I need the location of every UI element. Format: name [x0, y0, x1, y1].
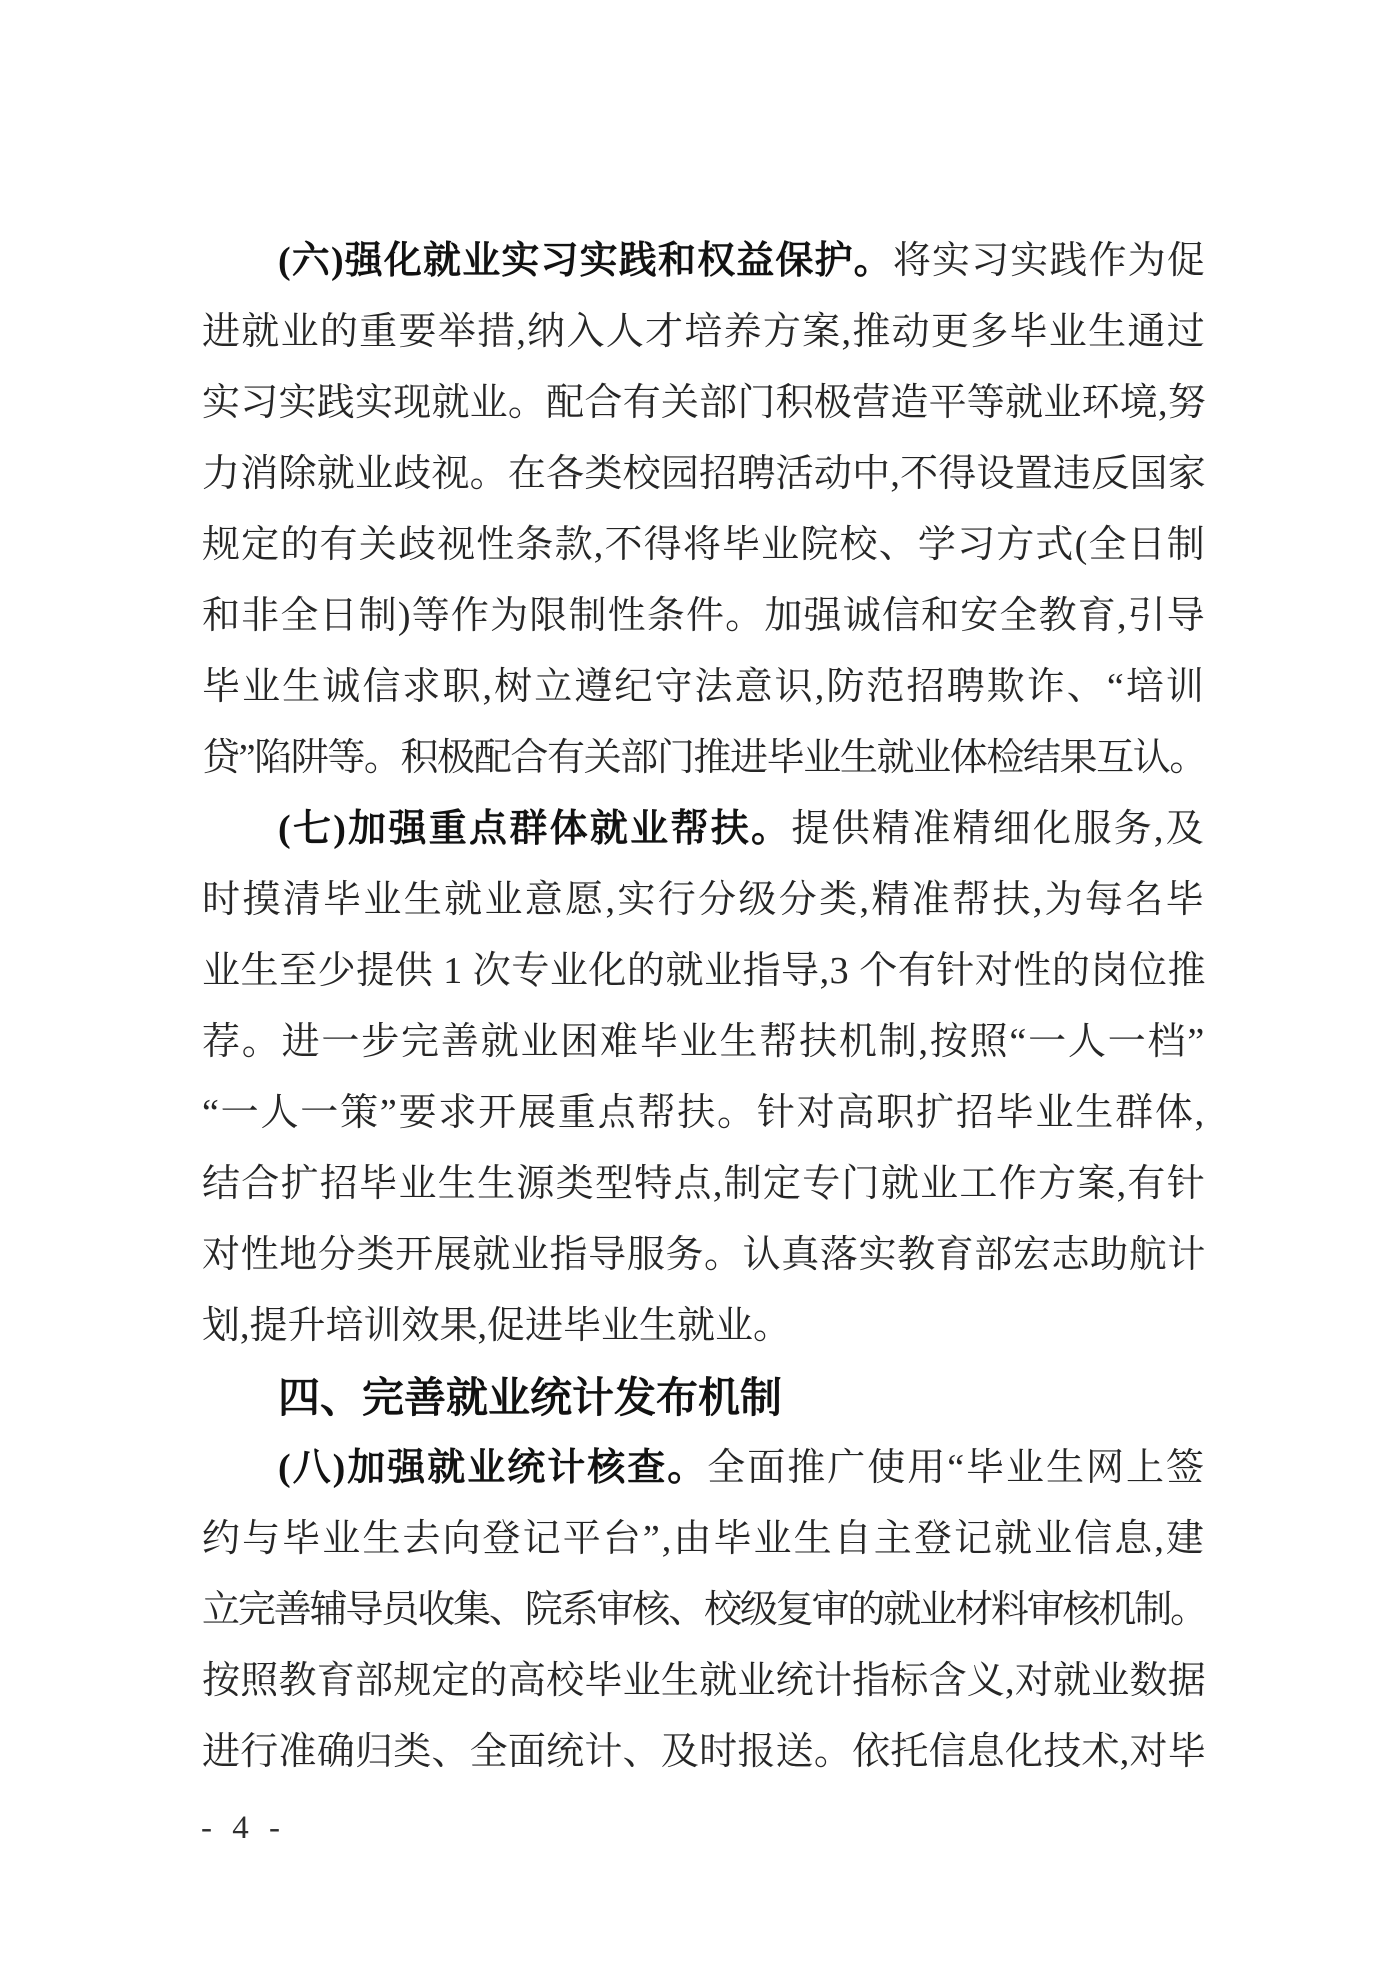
body-text: 规定的有关歧视性条款,不得将毕业院校、学习方式(全日制: [202, 524, 1206, 566]
line-text: “一人一策”要求开展重点帮扶。针对高职扩招毕业生群体,: [202, 1092, 1206, 1134]
document-line: 划,提升培训效果,促进毕业生就业。: [202, 1291, 1206, 1362]
line-text: 进就业的重要举措,纳入人才培养方案,推动更多毕业生通过: [202, 311, 1206, 353]
line-text: 规定的有关歧视性条款,不得将毕业院校、学习方式(全日制: [202, 524, 1206, 566]
lead-in-text: (六)强化就业实习实践和权益保护。: [278, 240, 893, 282]
body-text: 实习实践实现就业。配合有关部门积极营造平等就业环境,努: [202, 382, 1206, 424]
line-text: 和非全日制)等作为限制性条件。加强诚信和安全教育,引导: [202, 595, 1206, 637]
line-text: 时摸清毕业生就业意愿,实行分级分类,精准帮扶,为每名毕: [202, 879, 1206, 921]
line-text: 贷”陷阱等。积极配合有关部门推进毕业生就业体检结果互认。: [202, 737, 1206, 779]
body-text: “一人一策”要求开展重点帮扶。针对高职扩招毕业生群体,: [202, 1092, 1206, 1134]
body-text: 立完善辅导员收集、院系审核、校级复审的就业材料审核机制。: [202, 1589, 1206, 1631]
document-line: (八)加强就业统计核查。全面推广使用“毕业生网上签: [202, 1433, 1206, 1504]
line-text: 毕业生诚信求职,树立遵纪守法意识,防范招聘欺诈、“培训: [202, 666, 1206, 708]
line-text: (七)加强重点群体就业帮扶。提供精准精细化服务,及: [278, 808, 1206, 850]
body-text: 划,提升培训效果,促进毕业生就业。: [202, 1305, 791, 1347]
body-text: 荐。进一步完善就业困难毕业生帮扶机制,按照“一人一档”: [202, 1021, 1206, 1063]
document-line: 和非全日制)等作为限制性条件。加强诚信和安全教育,引导: [202, 581, 1206, 652]
body-text: 力消除就业歧视。在各类校园招聘活动中,不得设置违反国家: [202, 453, 1206, 495]
lead-in-text: 四、完善就业统计发布机制: [278, 1374, 782, 1421]
body-text: 进行准确归类、全面统计、及时报送。依托信息化技术,对毕: [202, 1731, 1206, 1773]
line-text: (八)加强就业统计核查。全面推广使用“毕业生网上签: [278, 1447, 1206, 1489]
document-line: 业生至少提供 1 次专业化的就业指导,3 个有针对性的岗位推: [202, 936, 1206, 1007]
body-text: 对性地分类开展就业指导服务。认真落实教育部宏志助航计: [202, 1234, 1206, 1276]
document-body: (六)强化就业实习实践和权益保护。将实习实践作为促进就业的重要举措,纳入人才培养…: [202, 226, 1206, 1788]
body-text: 提供精准精细化服务,及: [791, 808, 1206, 850]
document-line: 贷”陷阱等。积极配合有关部门推进毕业生就业体检结果互认。: [202, 723, 1206, 794]
line-text: 结合扩招毕业生生源类型特点,制定专门就业工作方案,有针: [202, 1163, 1206, 1205]
line-text: 荐。进一步完善就业困难毕业生帮扶机制,按照“一人一档”: [202, 1021, 1206, 1063]
document-page: (六)强化就业实习实践和权益保护。将实习实践作为促进就业的重要举措,纳入人才培养…: [0, 0, 1389, 1964]
body-text: 业生至少提供 1 次专业化的就业指导,3 个有针对性的岗位推: [202, 950, 1206, 992]
body-text: 进就业的重要举措,纳入人才培养方案,推动更多毕业生通过: [202, 311, 1206, 353]
document-line: 对性地分类开展就业指导服务。认真落实教育部宏志助航计: [202, 1220, 1206, 1291]
line-text: 力消除就业歧视。在各类校园招聘活动中,不得设置违反国家: [202, 453, 1206, 495]
document-line: 进就业的重要举措,纳入人才培养方案,推动更多毕业生通过: [202, 297, 1206, 368]
document-line: (六)强化就业实习实践和权益保护。将实习实践作为促: [202, 226, 1206, 297]
body-text: 全面推广使用“毕业生网上签: [707, 1447, 1206, 1489]
document-line: “一人一策”要求开展重点帮扶。针对高职扩招毕业生群体,: [202, 1078, 1206, 1149]
body-text: 贷”陷阱等。积极配合有关部门推进毕业生就业体检结果互认。: [202, 737, 1206, 779]
body-text: 时摸清毕业生就业意愿,实行分级分类,精准帮扶,为每名毕: [202, 879, 1206, 921]
line-text: 进行准确归类、全面统计、及时报送。依托信息化技术,对毕: [202, 1731, 1206, 1773]
body-text: 将实习实践作为促: [893, 240, 1206, 282]
document-line: 规定的有关歧视性条款,不得将毕业院校、学习方式(全日制: [202, 510, 1206, 581]
document-line: (七)加强重点群体就业帮扶。提供精准精细化服务,及: [202, 794, 1206, 865]
document-line: 实习实践实现就业。配合有关部门积极营造平等就业环境,努: [202, 368, 1206, 439]
document-line: 力消除就业歧视。在各类校园招聘活动中,不得设置违反国家: [202, 439, 1206, 510]
document-line: 毕业生诚信求职,树立遵纪守法意识,防范招聘欺诈、“培训: [202, 652, 1206, 723]
line-text: 立完善辅导员收集、院系审核、校级复审的就业材料审核机制。: [202, 1589, 1206, 1631]
line-text: 对性地分类开展就业指导服务。认真落实教育部宏志助航计: [202, 1234, 1206, 1276]
document-line: 时摸清毕业生就业意愿,实行分级分类,精准帮扶,为每名毕: [202, 865, 1206, 936]
document-line: 按照教育部规定的高校毕业生就业统计指标含义,对就业数据: [202, 1646, 1206, 1717]
line-text: 按照教育部规定的高校毕业生就业统计指标含义,对就业数据: [202, 1660, 1206, 1702]
body-text: 和非全日制)等作为限制性条件。加强诚信和安全教育,引导: [202, 595, 1206, 637]
line-text: 约与毕业生去向登记平台”,由毕业生自主登记就业信息,建: [202, 1518, 1206, 1560]
document-line: 荐。进一步完善就业困难毕业生帮扶机制,按照“一人一档”: [202, 1007, 1206, 1078]
document-line: 约与毕业生去向登记平台”,由毕业生自主登记就业信息,建: [202, 1504, 1206, 1575]
body-text: 按照教育部规定的高校毕业生就业统计指标含义,对就业数据: [202, 1660, 1206, 1702]
line-text: 划,提升培训效果,促进毕业生就业。: [202, 1305, 791, 1347]
line-text: 四、完善就业统计发布机制: [278, 1374, 782, 1421]
body-text: 约与毕业生去向登记平台”,由毕业生自主登记就业信息,建: [202, 1518, 1206, 1560]
document-line: 立完善辅导员收集、院系审核、校级复审的就业材料审核机制。: [202, 1575, 1206, 1646]
body-text: 毕业生诚信求职,树立遵纪守法意识,防范招聘欺诈、“培训: [202, 666, 1206, 708]
lead-in-text: (七)加强重点群体就业帮扶。: [278, 808, 791, 850]
lead-in-text: (八)加强就业统计核查。: [278, 1447, 707, 1489]
document-line: 结合扩招毕业生生源类型特点,制定专门就业工作方案,有针: [202, 1149, 1206, 1220]
line-text: 实习实践实现就业。配合有关部门积极营造平等就业环境,努: [202, 382, 1206, 424]
line-text: 业生至少提供 1 次专业化的就业指导,3 个有针对性的岗位推: [202, 950, 1206, 992]
page-number: - 4 -: [201, 1804, 286, 1852]
section-heading: 四、完善就业统计发布机制: [202, 1362, 1206, 1433]
body-text: 结合扩招毕业生生源类型特点,制定专门就业工作方案,有针: [202, 1163, 1206, 1205]
line-text: (六)强化就业实习实践和权益保护。将实习实践作为促: [278, 240, 1206, 282]
document-line: 进行准确归类、全面统计、及时报送。依托信息化技术,对毕: [202, 1717, 1206, 1788]
